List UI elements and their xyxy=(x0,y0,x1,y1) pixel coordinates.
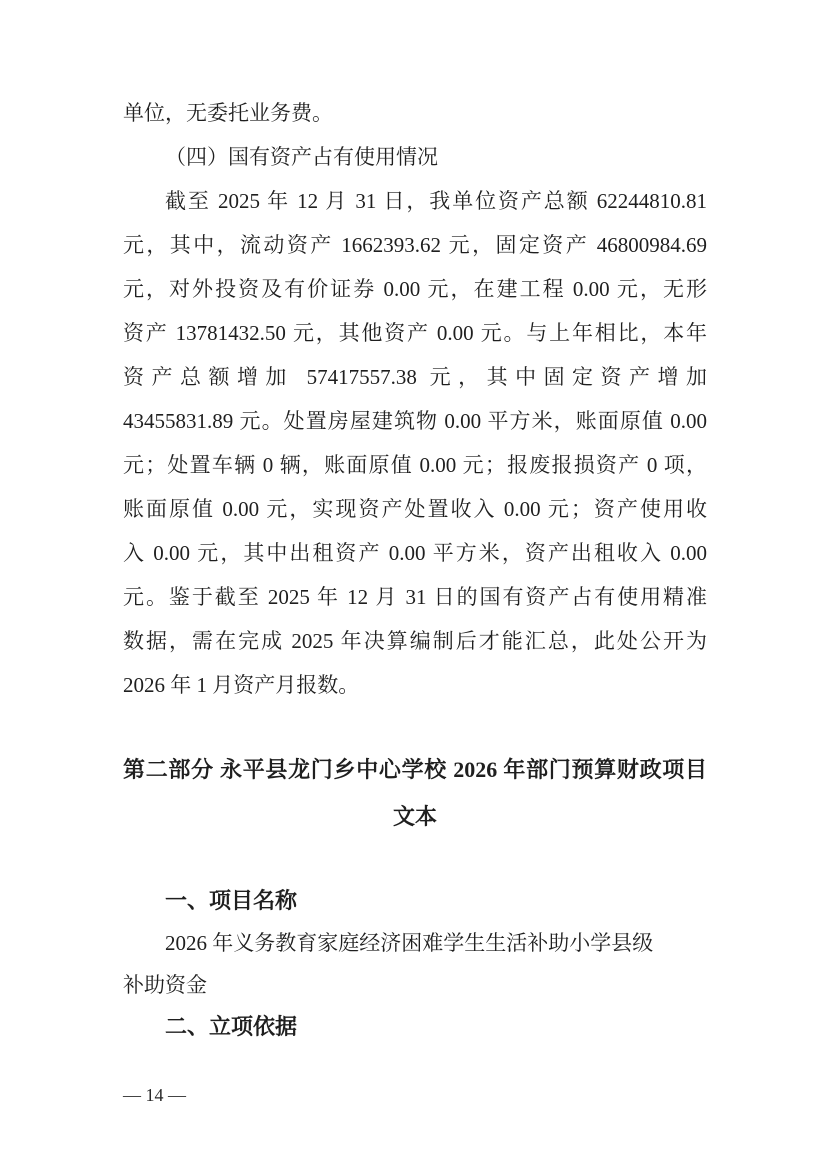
asset-paragraph-line: 资产 13781432.50 元，其他资产 0.00 元。与上年相比，本年 xyxy=(123,311,707,355)
project-name-text-line: 补助资金 xyxy=(123,964,707,1006)
part2-title-line2: 文本 xyxy=(123,793,707,840)
document-page: 单位，无委托业务费。 （四）国有资产占有使用情况 截至 2025 年 12 月 … xyxy=(0,0,826,1169)
page-number: — 14 — xyxy=(123,1082,186,1108)
asset-paragraph-line: 2026 年 1 月资产月报数。 xyxy=(123,663,707,707)
asset-paragraph-line: 元。鉴于截至 2025 年 12 月 31 日的国有资产占有使用精准 xyxy=(123,575,707,619)
body-text-block: 单位，无委托业务费。 （四）国有资产占有使用情况 截至 2025 年 12 月 … xyxy=(123,91,707,707)
asset-paragraph-line: 43455831.89 元。处置房屋建筑物 0.00 平方米，账面原值 0.00 xyxy=(123,399,707,443)
project-name-heading: 一、项目名称 xyxy=(123,880,707,922)
project-name-text-line: 2026 年义务教育家庭经济困难学生生活补助小学县级 xyxy=(123,922,707,964)
basis-heading: 二、立项依据 xyxy=(123,1006,707,1048)
project-sections-block: 一、项目名称 2026 年义务教育家庭经济困难学生生活补助小学县级 补助资金 二… xyxy=(123,880,707,1048)
asset-paragraph-line: 截至 2025 年 12 月 31 日，我单位资产总额 62244810.81 xyxy=(123,179,707,223)
asset-paragraph-line: 数据，需在完成 2025 年决算编制后才能汇总，此处公开为 xyxy=(123,619,707,663)
part2-title-block: 第二部分 永平县龙门乡中心学校 2026 年部门预算财政项目 文本 xyxy=(123,746,707,840)
asset-paragraph-line: 账面原值 0.00 元，实现资产处置收入 0.00 元；资产使用收 xyxy=(123,487,707,531)
part2-title-line1: 第二部分 永平县龙门乡中心学校 2026 年部门预算财政项目 xyxy=(123,746,707,793)
asset-paragraph-line: 入 0.00 元，其中出租资产 0.00 平方米，资产出租收入 0.00 xyxy=(123,531,707,575)
asset-paragraph-line: 元，其中，流动资产 1662393.62 元，固定资产 46800984.69 xyxy=(123,223,707,267)
asset-paragraph-line: 元；处置车辆 0 辆，账面原值 0.00 元；报废报损资产 0 项， xyxy=(123,443,707,487)
paragraph-tail-line: 单位，无委托业务费。 xyxy=(123,91,707,135)
subsection-4-heading: （四）国有资产占有使用情况 xyxy=(123,135,707,179)
asset-paragraph-line: 资产总额增加 57417557.38 元，其中固定资产增加 xyxy=(123,355,707,399)
asset-paragraph-line: 元，对外投资及有价证券 0.00 元，在建工程 0.00 元，无形 xyxy=(123,267,707,311)
